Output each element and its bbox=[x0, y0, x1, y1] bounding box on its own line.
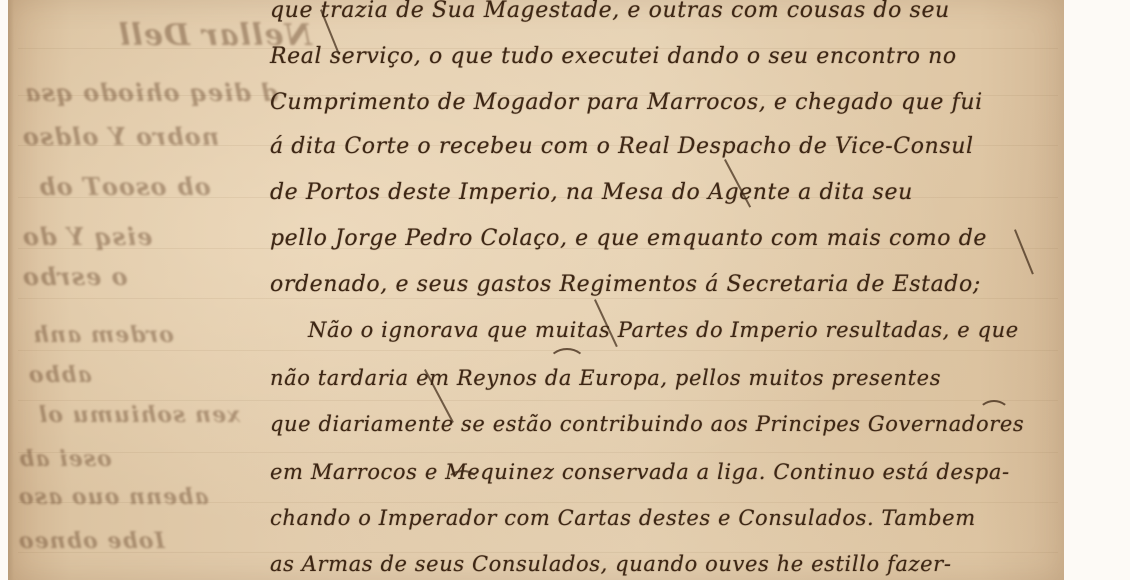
manuscript-line: Real serviço, o que tudo executei dando … bbox=[270, 44, 957, 69]
bleed-through-text: d dieq ohiodo qsa bbox=[24, 78, 278, 107]
pen-flourish bbox=[548, 348, 586, 378]
pen-flourish bbox=[978, 400, 1010, 426]
manuscript-line: á dita Corte o recebeu com o Real Despac… bbox=[270, 134, 974, 159]
page-edge bbox=[8, 0, 14, 580]
bleed-through-text: abenn ouo aso bbox=[18, 484, 209, 510]
ruled-line bbox=[18, 298, 1058, 299]
manuscript-line: que diariamente se estão contribuindo ao… bbox=[270, 412, 1024, 436]
manuscript-line: chando o Imperador com Cartas destes e C… bbox=[270, 506, 976, 530]
bleed-through-text: ordem anh bbox=[32, 322, 174, 348]
ruled-line bbox=[18, 452, 1058, 453]
bleed-through-text: Iobe obneo bbox=[18, 528, 165, 554]
pen-stroke bbox=[1014, 229, 1034, 274]
bleed-through-text: xen sohiumu ol bbox=[38, 402, 240, 428]
bleed-through-text: o esrbo bbox=[22, 262, 128, 291]
manuscript-page: Nellar Dell d dieq ohiodo qsa nobro Y ol… bbox=[8, 0, 1064, 580]
bleed-through-text: ob osooT ob bbox=[38, 172, 211, 201]
ruled-line bbox=[18, 350, 1058, 351]
manuscript-line: as Armas de seus Consulados, quando ouve… bbox=[270, 552, 952, 576]
manuscript-line: Cumprimento de Mogador para Marrocos, e … bbox=[270, 90, 983, 115]
bleed-through-text: eisq Y do bbox=[22, 222, 152, 251]
manuscript-line: Não o ignorava que muitas Partes do Impe… bbox=[308, 318, 1019, 342]
pen-flourish bbox=[446, 470, 480, 496]
bleed-through-text: nobro Y oldso bbox=[22, 122, 219, 151]
manuscript-line: ordenado, e seus gastos Regimentos á Sec… bbox=[270, 272, 981, 297]
manuscript-line: de Portos deste Imperio, na Mesa do Agen… bbox=[270, 180, 913, 205]
manuscript-line: não tardaria em Reynos da Europa, pellos… bbox=[270, 366, 941, 390]
ruled-line bbox=[18, 400, 1058, 401]
manuscript-line: pello Jorge Pedro Colaço, e que emquanto… bbox=[270, 226, 987, 251]
manuscript-line: que trazia de Sua Magestade, e outras co… bbox=[270, 0, 950, 23]
bleed-through-text: abbo bbox=[28, 362, 92, 388]
bleed-through-text: osei ab bbox=[18, 446, 112, 472]
manuscript-line: em Marrocos e Mequinez conservada a liga… bbox=[270, 460, 1010, 484]
document-viewer: Nellar Dell d dieq ohiodo qsa nobro Y ol… bbox=[0, 0, 1130, 580]
